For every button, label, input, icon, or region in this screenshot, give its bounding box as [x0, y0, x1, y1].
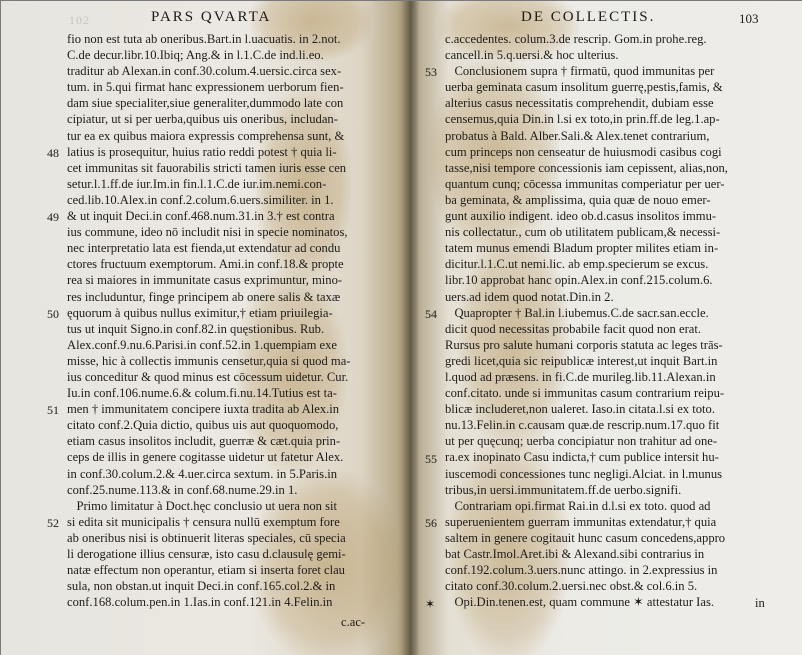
text-line: dicit quod necessitas probabile facit qu…: [445, 321, 728, 337]
text-line: etiam casus insolitos includit, guerræ &…: [67, 433, 351, 449]
text-line: in conf.30.colum.2.& 4.uer.circa sextum.…: [67, 466, 351, 482]
text-line: Alex.conf.9.nu.6.Parisi.in conf.52.in 1.…: [67, 337, 351, 353]
running-head-right: DE COLLECTIS.: [521, 9, 655, 26]
left-page: 102 PARS QVARTA fio non est tuta ab oner…: [1, 1, 409, 654]
text-line: citato conf.2.Quia dictio, quibus uis au…: [67, 417, 351, 433]
text-line: Primo limitatur à Doct.hęc conclusio ut …: [67, 498, 351, 514]
text-line: natæ effectum non operantur, etiam si in…: [67, 562, 351, 578]
text-line: uerba geminata casum insolitum guerrę,pe…: [445, 79, 728, 95]
text-line: latius is prosequitur, huius ratio reddi…: [67, 144, 351, 160]
text-line: tus ut inquit Signo.in conf.82.in quęsti…: [67, 321, 351, 337]
text-line: blicæ includeret,non ualeret. Iaso.in ci…: [445, 401, 728, 417]
text-line: conf.25.nume.113.& in conf.68.nume.29.in…: [67, 482, 351, 498]
ghost-page-number: 102: [69, 13, 90, 28]
text-line: tribus,in uersi.immunitatem.ff.de uerbo.…: [445, 482, 728, 498]
text-line: probatus à Bald. Alber.Sali.& Alex.tenet…: [445, 128, 728, 144]
text-line: ra.ex inopinato Casu indicta,† cum publi…: [445, 449, 728, 465]
text-line: tur ea ex quibus maiora expressis compre…: [67, 128, 351, 144]
text-line: misse, hic à collectis immunis censetur,…: [67, 353, 351, 369]
text-line: quantum cunq; cōcessa immunitas comperia…: [445, 176, 728, 192]
text-line: Contrariam opi.firmat Rai.in d.l.si ex t…: [445, 498, 728, 514]
text-line: iuscemodi concessiones tunc negligi.Alci…: [445, 466, 728, 482]
text-line: superuenientem guerram immunitas extenda…: [445, 514, 728, 530]
text-line: gunt auxilio indigent. ideo ob.d.casus i…: [445, 208, 728, 224]
catchword-right: in: [755, 596, 765, 611]
margin-number: 50: [47, 306, 59, 322]
running-head-left: PARS QVARTA: [151, 9, 271, 26]
text-line: traditur ab Alexan.in conf.30.colum.4.ue…: [67, 63, 351, 79]
text-line: ceps de illis in genere cogitasse uidetu…: [67, 449, 351, 465]
text-line: res includuntur, finge principem ab oner…: [67, 289, 351, 305]
text-line: ba geminata, & amplissima, quia quæ de n…: [445, 192, 728, 208]
text-line: uers.ad idem quod notat.Din.in 2.: [445, 289, 728, 305]
text-line: cancell.in 5.q.uersi.& hoc ulterius.: [445, 47, 728, 63]
text-line: sula, non obstan.ut inquit Deci.in conf.…: [67, 578, 351, 594]
text-line: tum. in 5.qui firmat hanc expressionem u…: [67, 79, 351, 95]
text-line: tatem munus emendi Bladum propter milite…: [445, 240, 728, 256]
text-line: ęquorum à quibus nullus eximitur,† etiam…: [67, 305, 351, 321]
text-line: conf.168.colum.pen.in 1.Ias.in conf.121.…: [67, 594, 351, 610]
text-line: rea si maiores in immunitate casus expri…: [67, 272, 351, 288]
text-line: & ut inquit Deci.in conf.468.num.31.in 3…: [67, 208, 351, 224]
text-line: C.de decur.libr.10.Ibiq; Ang.& in l.1.C.…: [67, 47, 351, 63]
text-line: cet immunitas sit fauorabilis stricti ta…: [67, 160, 351, 176]
text-line: cum princeps non censeatur de huiusmodi …: [445, 144, 728, 160]
text-line: conf.citato. unde si immunitas casum con…: [445, 385, 728, 401]
text-line: dicitur.l.1.C.ut nemi.lic. ab emp.specie…: [445, 256, 728, 272]
text-line: nec interpretatio lata est fienda,ut ext…: [67, 240, 351, 256]
margin-number: 49: [47, 209, 59, 225]
text-line: alterius casus necessitatis comprehendit…: [445, 95, 728, 111]
text-line: ius commune, ideo nō includit nisi in sp…: [67, 224, 351, 240]
text-line: ius conceditur & quod minus est cōcessum…: [67, 369, 351, 385]
text-line: si edita sit municipalis † censura nullū…: [67, 514, 351, 530]
text-line: nis collectatur., cum ob utilitatem publ…: [445, 224, 728, 240]
text-line: nu.13.Felin.in c.causam quæ.de rescrip.n…: [445, 417, 728, 433]
left-page-text: fio non est tuta ab oneribus.Bart.in l.u…: [67, 31, 351, 610]
text-line: setur.l.1.ff.de iur.Im.in fin.l.1.C.de i…: [67, 176, 351, 192]
margin-number: 54: [425, 306, 437, 322]
text-line: men † immunitatem concipere iuxta tradit…: [67, 401, 351, 417]
text-line: c.accedentes. colum.3.de rescrip. Gom.in…: [445, 31, 728, 47]
margin-number: 56: [425, 515, 437, 531]
margin-number: 51: [47, 402, 59, 418]
book-gutter: [401, 1, 419, 654]
text-line: libr.10 approbat hanc opin.Alex.in conf.…: [445, 272, 728, 288]
book-spread: 102 PARS QVARTA fio non est tuta ab oner…: [0, 0, 802, 654]
text-line: Iu.in conf.106.nume.6.& colum.fi.nu.14.T…: [67, 385, 351, 401]
margin-number: ✶: [425, 596, 435, 612]
text-line: Rursus pro salute humani corporis statut…: [445, 337, 728, 353]
text-line: tasse,nisi tempore concessionis iam cepi…: [445, 160, 728, 176]
right-page-text: c.accedentes. colum.3.de rescrip. Gom.in…: [445, 31, 728, 610]
text-line: dam siue specialiter,siue generaliter,du…: [67, 95, 351, 111]
right-page: DE COLLECTIS. 103 c.accedentes. colum.3.…: [409, 1, 802, 654]
text-line: Conclusionem supra † firmatū, quod immun…: [445, 63, 728, 79]
text-line: ab oneribus nisi is obtinuerit literas s…: [67, 530, 351, 546]
margin-number: 53: [425, 64, 437, 80]
text-line: cipiatur, ut si per uerba,quibus uis one…: [67, 111, 351, 127]
text-line: ut per quęcunq; uerba concipiatur non tr…: [445, 433, 728, 449]
text-line: li derogatione illius censuræ, isto casu…: [67, 546, 351, 562]
text-line: l.quod ad præsens. in fi.C.de murileg.li…: [445, 369, 728, 385]
text-line: gredi licet,quia sic reipublicæ interest…: [445, 353, 728, 369]
text-line: fio non est tuta ab oneribus.Bart.in l.u…: [67, 31, 351, 47]
text-line: bat Castr.Imol.Aret.ibi & Alexand.sibi c…: [445, 546, 728, 562]
text-line: conf.192.colum.3.uers.nunc attingo. in 2…: [445, 562, 728, 578]
text-line: citato conf.30.colum.2.uersi.nec obst.& …: [445, 578, 728, 594]
text-line: censemus,quia Din.in l.si ex toto,in pri…: [445, 111, 728, 127]
margin-number: 55: [425, 451, 437, 467]
catchword-left: c.ac-: [341, 615, 365, 630]
text-line: Quapropter † Bal.in l.iubemus.C.de sacr.…: [445, 305, 728, 321]
page-number: 103: [739, 11, 759, 27]
text-line: ced.lib.10.Alex.in conf.2.colum.6.uers.s…: [67, 192, 351, 208]
text-line: saltem in genere cogitauit hunc casum co…: [445, 530, 728, 546]
margin-number: 48: [47, 145, 59, 161]
text-line: Opi.Din.tenen.est, quam commune ✶ attest…: [445, 594, 728, 610]
margin-number: 52: [47, 515, 59, 531]
text-line: ctores fructuum exemptorum. Ami.in conf.…: [67, 256, 351, 272]
